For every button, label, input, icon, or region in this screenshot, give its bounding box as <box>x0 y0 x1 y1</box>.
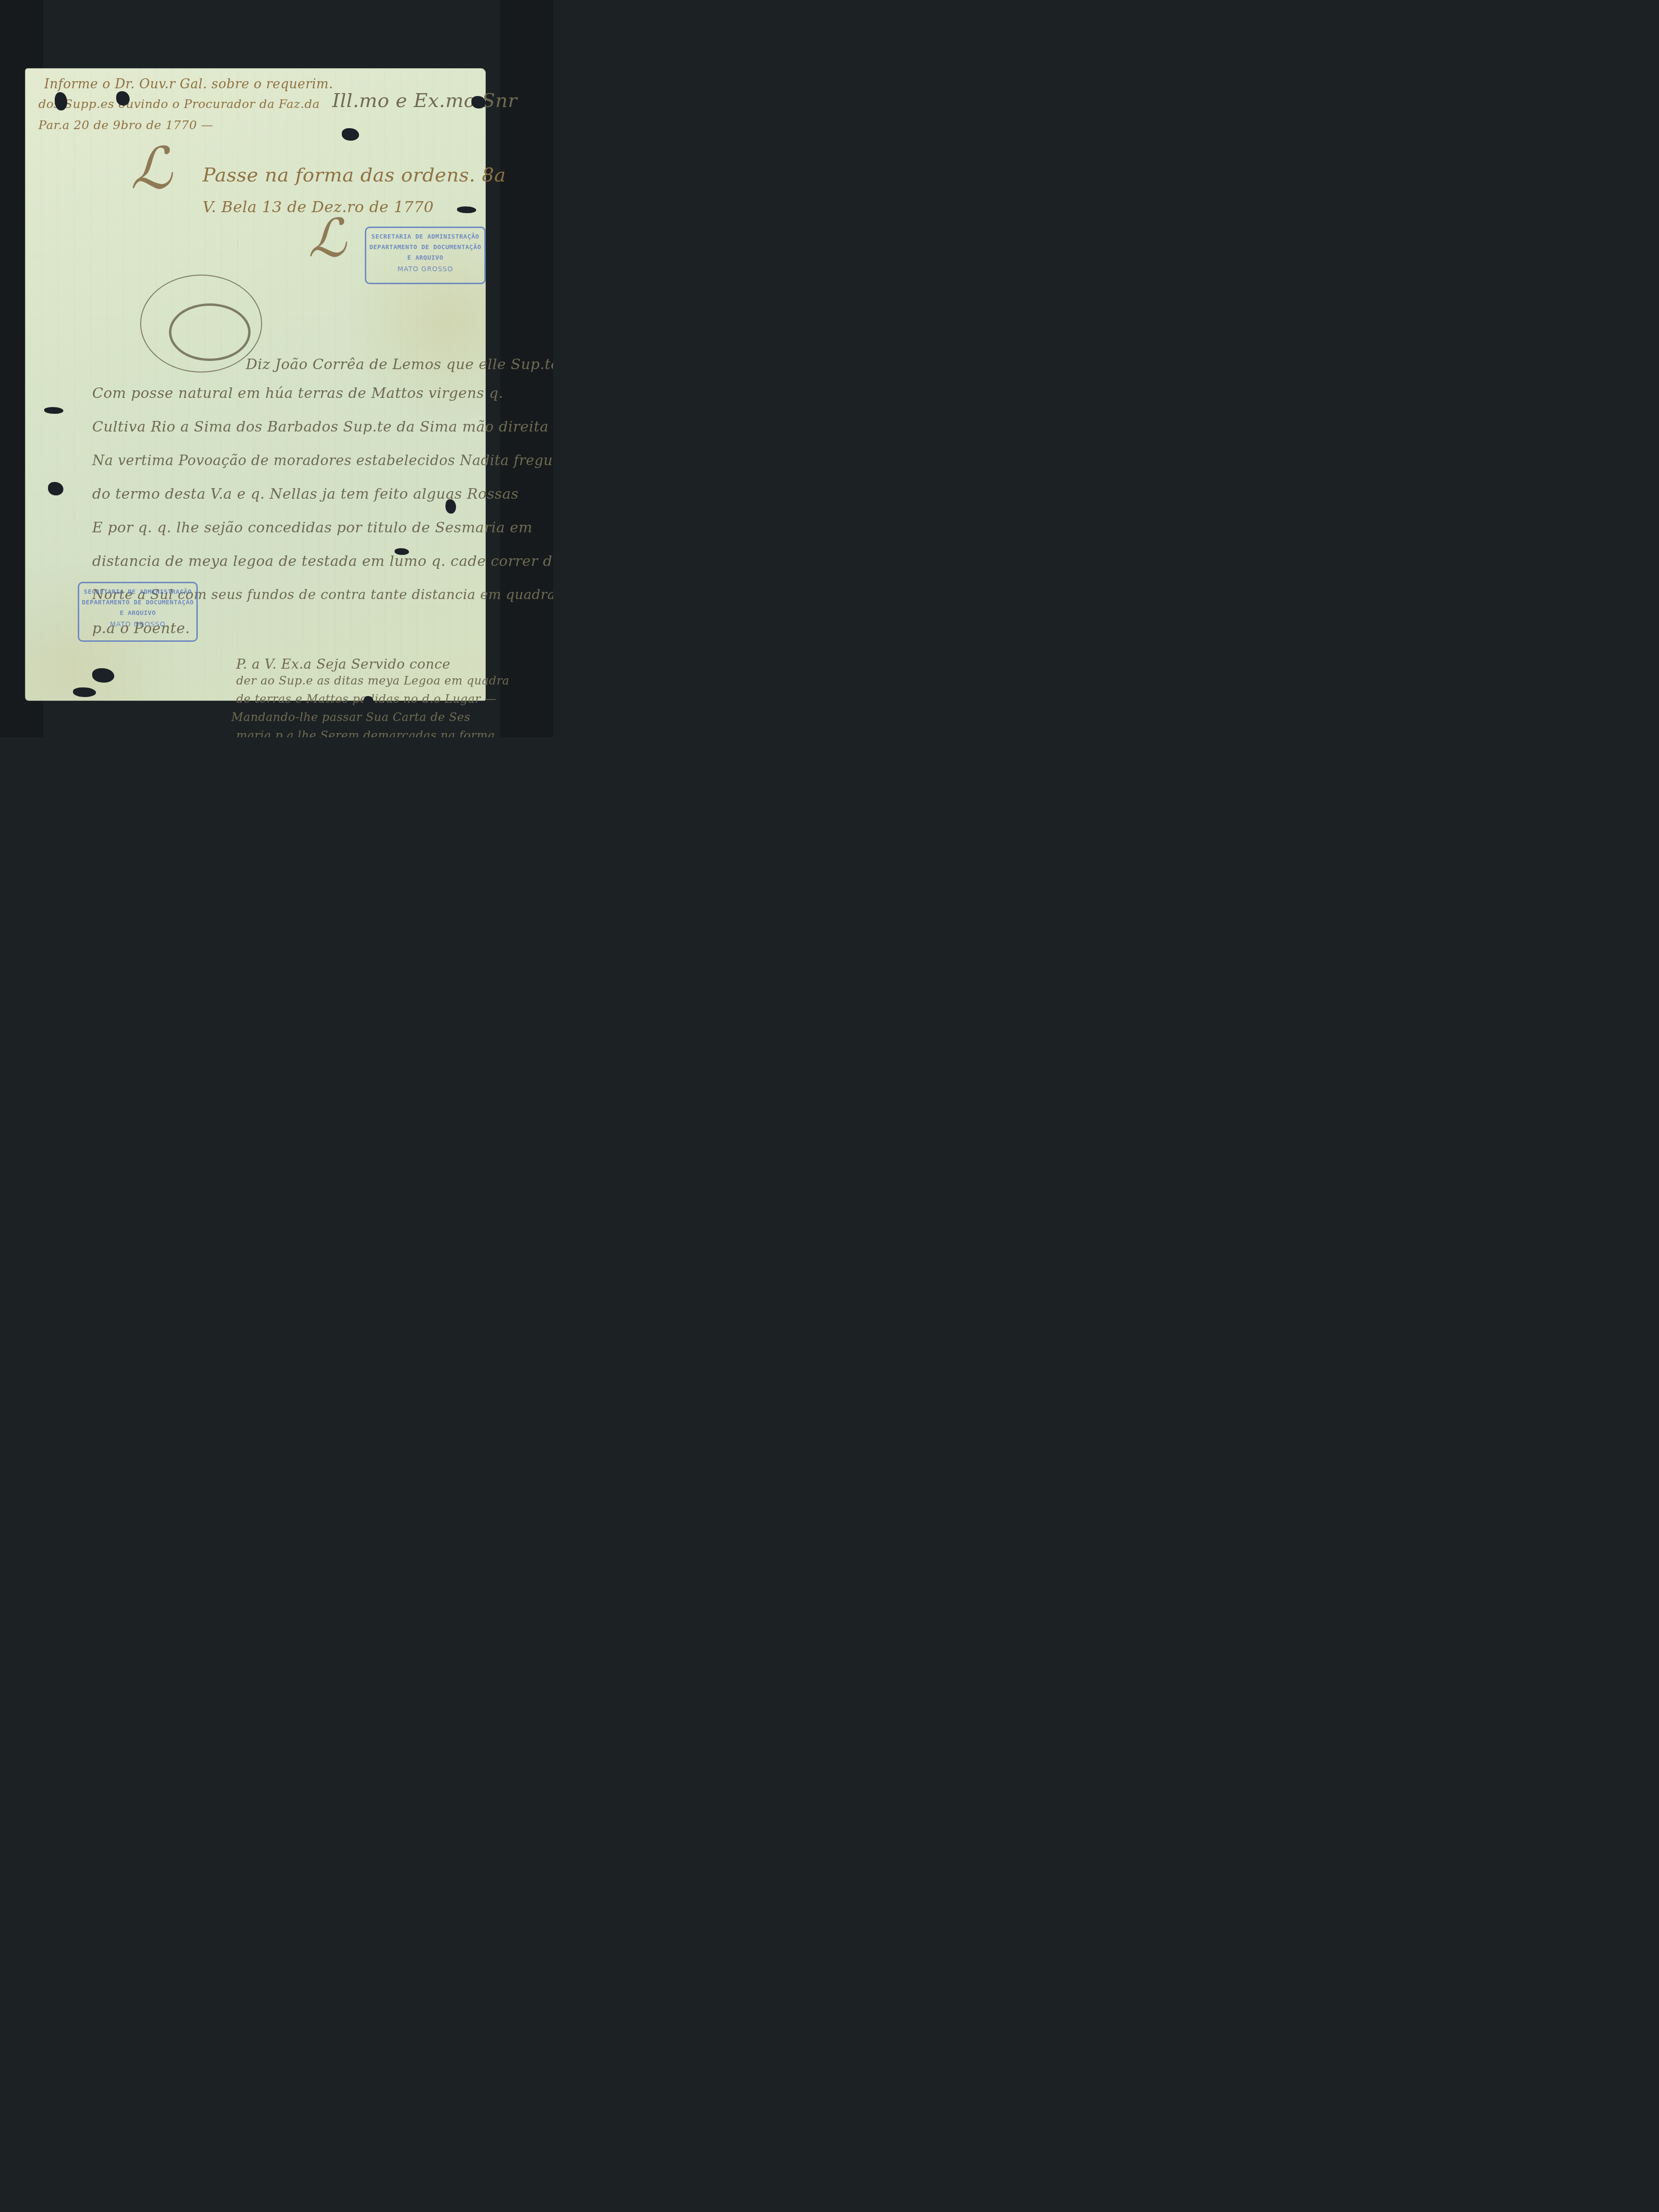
body-opening: Diz João Corrêa de Lemos que elle Sup.te <box>246 356 553 373</box>
header-note-line-2: dos Supp.es ouvindo o Procurador da Faz.… <box>38 97 320 111</box>
ink-corrosion-hole <box>116 91 130 106</box>
ink-corrosion-hole <box>73 687 96 697</box>
initial-d-flourish-inner <box>169 303 251 361</box>
rubric-signature-1: ℒ <box>131 135 172 202</box>
archive-stamp-1: SECRETARIA DE ADMINISTRAÇÃO DEPARTAMENTO… <box>365 227 486 284</box>
stamp-1-line-4: MATO GROSSO <box>366 264 484 275</box>
ink-corrosion-hole <box>92 668 114 683</box>
body-line-1: Com posse natural em húa terras de Matto… <box>92 385 503 402</box>
body-line-6: distancia de meya legoa de testada em lu… <box>92 553 553 570</box>
ink-corrosion-hole <box>44 407 63 414</box>
stamp-1-line-1: SECRETARIA DE ADMINISTRAÇÃO <box>366 232 484 242</box>
ink-corrosion-hole <box>471 96 486 108</box>
ink-corrosion-hole <box>445 499 456 514</box>
manuscript-page: Informe o Dr. Ouv.r Gal. sobre o requeri… <box>25 68 486 701</box>
archive-stamp-2: SECRETARIA DE ADMINISTRAÇÃO DEPARTAMENTO… <box>78 582 198 642</box>
stamp-2-line-4: MATO GROSSO <box>79 619 196 630</box>
ink-corrosion-hole <box>395 548 409 555</box>
ink-corrosion-hole <box>457 206 476 213</box>
petition-line-5: maria p.a lhe Serem demarcadas na forma <box>236 729 495 737</box>
petition-line-1: P. a V. Ex.a Seja Servido conce <box>236 656 450 672</box>
body-line-4: do termo desta V.a e q. Nellas ja tem fe… <box>92 486 518 503</box>
petition-line-2: der ao Sup.e as ditas meya Legoa em quad… <box>236 674 509 687</box>
ink-corrosion-hole <box>363 696 374 709</box>
rubric-signature-2: ℒ <box>308 207 347 269</box>
ink-corrosion-hole <box>55 92 67 110</box>
ink-corrosion-hole <box>48 482 63 495</box>
header-note-line-1: Informe o Dr. Ouv.r Gal. sobre o requeri… <box>44 77 333 92</box>
stamp-1-line-2: DEPARTAMENTO DE DOCUMENTAÇÃO <box>366 242 484 253</box>
stamp-1-line-3: E ARQUIVO <box>366 253 484 264</box>
body-line-5: E por q. q. lhe sejão concedidas por tit… <box>92 519 532 536</box>
stamp-2-line-2: DEPARTAMENTO DE DOCUMENTAÇÃO <box>79 598 196 608</box>
salutation: Ill.mo e Ex.mo Snr <box>332 90 517 112</box>
header-note-line-3: Par.a 20 de 9bro de 1770 — <box>38 118 213 132</box>
body-line-2: Cultiva Rio a Sima dos Barbados Sup.te d… <box>92 419 549 435</box>
body-line-3: Na vertima Povoação de moradores estabel… <box>92 452 553 469</box>
stamp-2-line-3: E ARQUIVO <box>79 608 196 619</box>
stamp-2-line-1: SECRETARIA DE ADMINISTRAÇÃO <box>79 587 196 598</box>
petition-line-4: Mandando-lhe passar Sua Carta de Ses <box>231 710 470 724</box>
decree-line-1: Passe na forma das ordens. 8a <box>203 164 506 186</box>
ink-corrosion-hole <box>342 128 359 141</box>
